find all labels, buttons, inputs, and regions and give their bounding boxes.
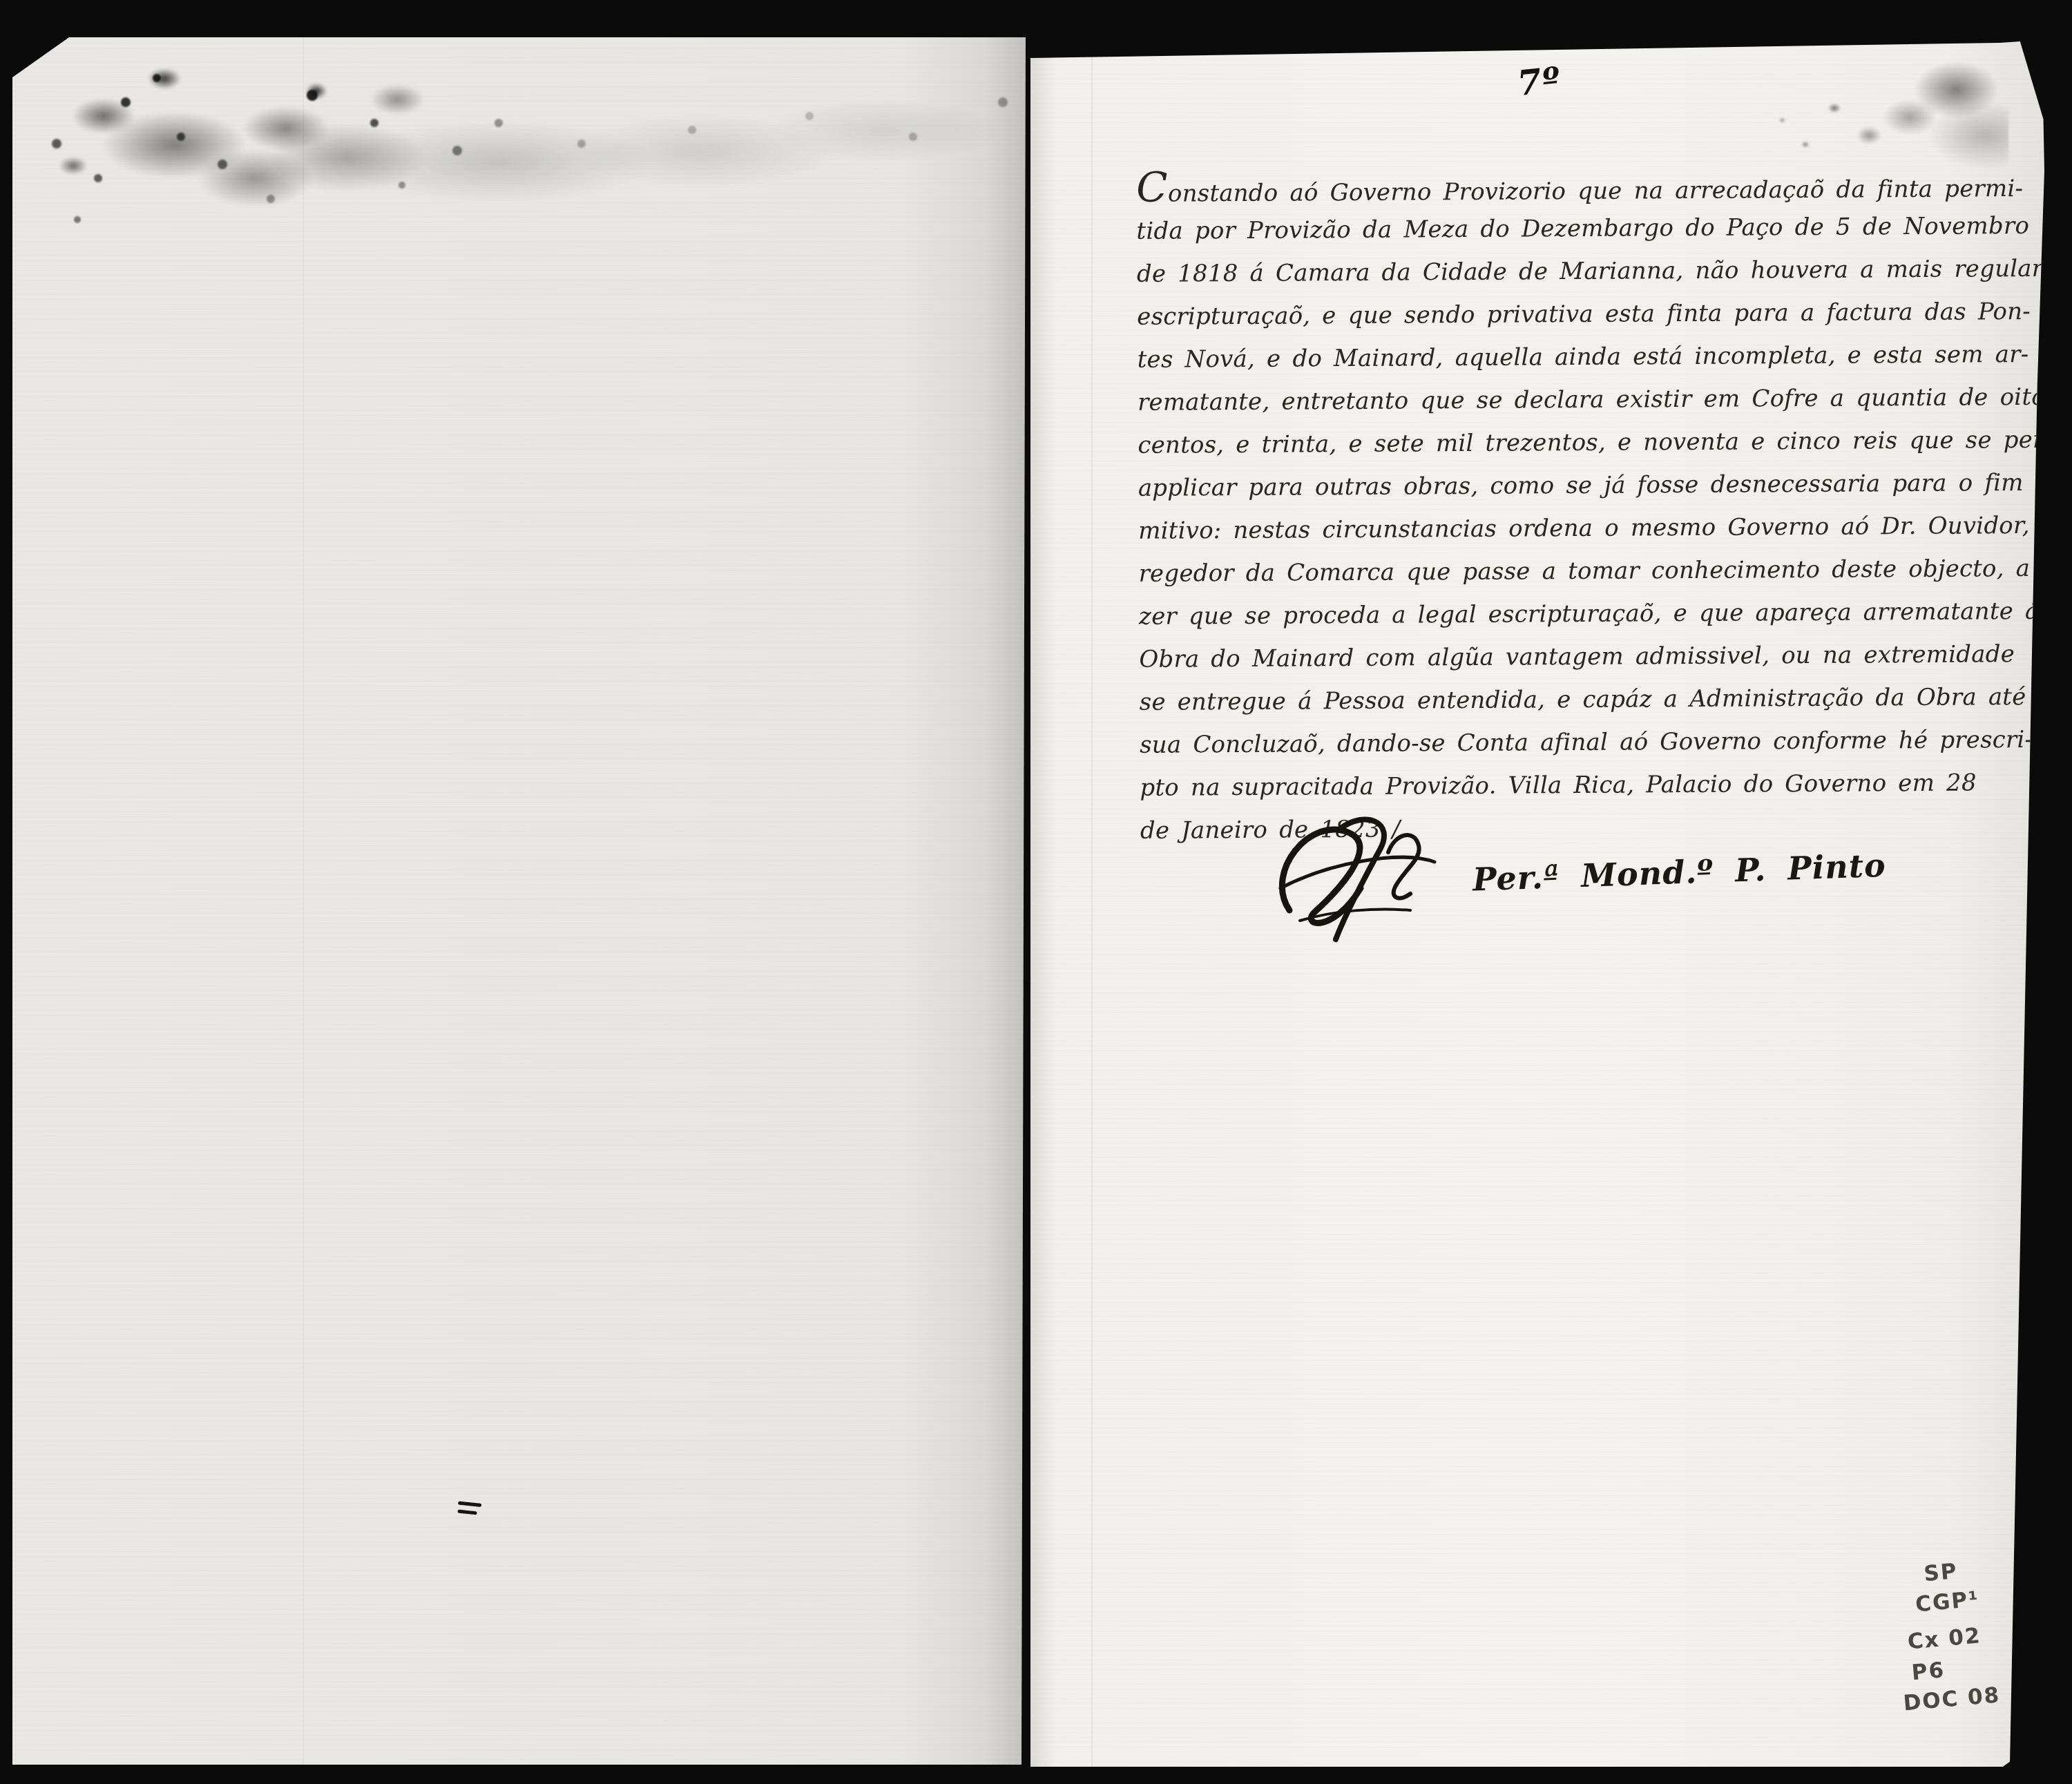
- page-number: 7º: [1515, 59, 1564, 104]
- scanned-document: 7º Constando aó Governo Provizorio que n…: [0, 0, 2072, 1784]
- archival-line: P6: [1911, 1653, 2026, 1684]
- signature-row: Per.ª Mond.º P. Pinto: [1272, 807, 1894, 959]
- paper-crease: [303, 37, 304, 1765]
- text-line: tida por Provizão da Meza do Dezembargo …: [1136, 204, 2006, 253]
- paper-crease: [1091, 41, 1093, 1767]
- text-line: de 1818 á Camara da Cidade de Marianna, …: [1137, 247, 2007, 296]
- text-line: rematante, entretanto que se declara exi…: [1138, 376, 2008, 424]
- text-line: Constando aó Governo Provizorio que na a…: [1136, 162, 2006, 210]
- text-line: zer que se proceda a legal escripturaçaõ…: [1139, 590, 2009, 638]
- text-line: escripturaçaõ, e que sendo privativa est…: [1137, 290, 2007, 338]
- archival-annotation: SP CGP¹ Cx 02 P6 DOC 08: [1891, 1556, 2028, 1723]
- archival-line: CGP¹: [1915, 1585, 2020, 1615]
- signature-names: Per.ª Mond.º P. Pinto: [1472, 847, 1886, 899]
- rubric-flourish-icon: [1272, 807, 1466, 952]
- mold-stain-specks: [12, 37, 18, 43]
- text-line: pto na supracitada Provizão. Villa Rica,…: [1140, 761, 2010, 809]
- text-line: applicar para outras obras, como se já f…: [1138, 461, 2008, 510]
- left-blank-page: [12, 37, 1026, 1765]
- manuscript-text-block: Constando aó Governo Provizorio que na a…: [1136, 162, 2011, 852]
- text-line: mitivo: nestas circunstancias ordena o m…: [1138, 504, 2008, 553]
- archival-line: Cx 02: [1907, 1622, 2023, 1653]
- text-line: se entregue á Pessoa entendida, e capáz …: [1140, 675, 2010, 724]
- archival-line: DOC 08: [1902, 1682, 2028, 1715]
- right-manuscript-page: 7º Constando aó Governo Provizorio que n…: [1030, 41, 2044, 1767]
- text-line: sua Concluzaõ, dando-se Conta afinal aó …: [1140, 718, 2010, 767]
- text-line: centos, e trinta, e sete mil trezentos, …: [1138, 419, 2008, 467]
- text-line: tes Nová, e do Mainard, aquella ainda es…: [1137, 333, 2007, 381]
- mold-stain-band: [12, 37, 1026, 244]
- archival-line: SP: [1923, 1556, 2017, 1586]
- ink-mark: [457, 1493, 490, 1524]
- text-line: Obra do Mainard com algũa vantagem admis…: [1139, 633, 2009, 681]
- text-line: regedor da Comarca que passe a tomar con…: [1138, 547, 2008, 595]
